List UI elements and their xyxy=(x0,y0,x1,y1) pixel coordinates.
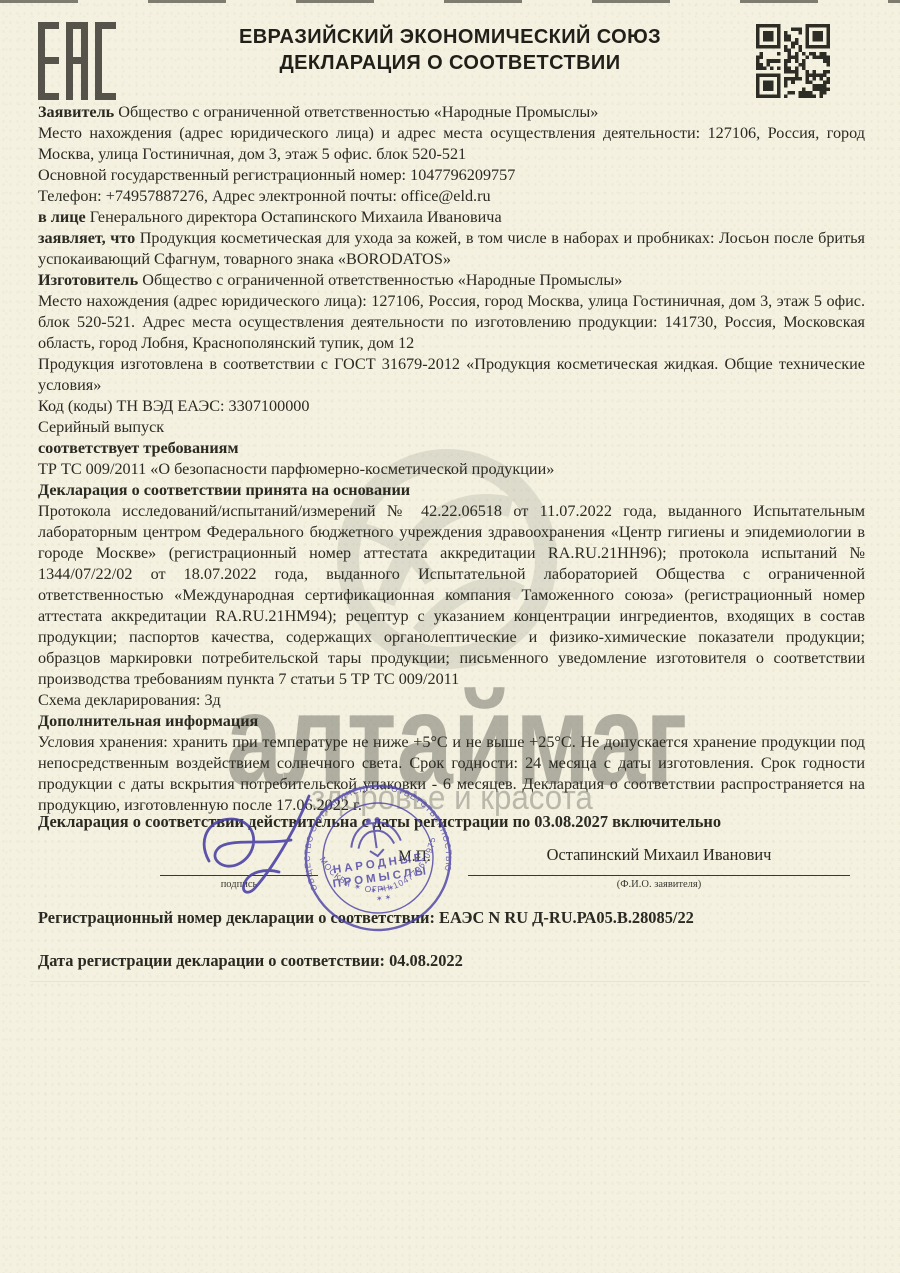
doc-paragraph: Декларация о соответствии принята на осн… xyxy=(38,480,865,501)
applicant-name-caption: (Ф.И.О. заявителя) xyxy=(468,879,850,891)
registration-date-line: Дата регистрации декларации о соответств… xyxy=(38,950,865,971)
doc-paragraph: в лице Генерального директора Остапинско… xyxy=(38,207,865,228)
doc-paragraph: Место нахождения (адрес юридического лиц… xyxy=(38,291,865,354)
doc-paragraph: Основной государственный регистрационный… xyxy=(38,165,865,186)
eac-mark-logo xyxy=(38,22,116,100)
doc-paragraph: соответствует требованиям xyxy=(38,438,865,459)
doc-paragraph: Телефон: +74957887276, Адрес электронной… xyxy=(38,186,865,207)
declaration-body: Заявитель Общество с ограниченной ответс… xyxy=(38,102,865,816)
doc-paragraph: Код (коды) ТН ВЭД ЕАЭС: 3307100000 xyxy=(38,396,865,417)
doc-paragraph: Протокола исследований/испытаний/измерен… xyxy=(38,501,865,690)
document-title: ЕВРАЗИЙСКИЙ ЭКОНОМИЧЕСКИЙ СОЮЗ ДЕКЛАРАЦИ… xyxy=(170,24,730,76)
title-line-declaration: ДЕКЛАРАЦИЯ О СООТВЕТСТВИИ xyxy=(170,50,730,76)
doc-paragraph: Дополнительная информация xyxy=(38,711,865,732)
doc-paragraph: заявляет, что Продукция косметическая дл… xyxy=(38,228,865,270)
applicant-name-line xyxy=(468,875,850,876)
doc-paragraph: Продукция изготовлена в соответствии с Г… xyxy=(38,354,865,396)
handwritten-signature xyxy=(193,791,343,901)
scan-edge-artifact xyxy=(0,0,900,3)
title-line-union: ЕВРАЗИЙСКИЙ ЭКОНОМИЧЕСКИЙ СОЮЗ xyxy=(170,24,730,50)
paper-crease xyxy=(30,981,870,982)
stamp-eagle-icon xyxy=(348,814,403,859)
stamp-stars-row2: ✶ ✶ xyxy=(375,893,392,904)
doc-paragraph: Схема декларирования: 3д xyxy=(38,690,865,711)
doc-paragraph: ТР ТС 009/2011 «О безопасности парфюмерн… xyxy=(38,459,865,480)
doc-paragraph: Заявитель Общество с ограниченной ответс… xyxy=(38,102,865,123)
qr-code-icon xyxy=(756,24,830,98)
declaration-document: ЕВРАЗИЙСКИЙ ЭКОНОМИЧЕСКИЙ СОЮЗ ДЕКЛАРАЦИ… xyxy=(0,0,900,1273)
doc-paragraph: Серийный выпуск xyxy=(38,417,865,438)
applicant-name: Остапинский Михаил Иванович xyxy=(468,845,850,865)
doc-paragraph: Изготовитель Общество с ограниченной отв… xyxy=(38,270,865,291)
doc-paragraph: Место нахождения (адрес юридического лиц… xyxy=(38,123,865,165)
